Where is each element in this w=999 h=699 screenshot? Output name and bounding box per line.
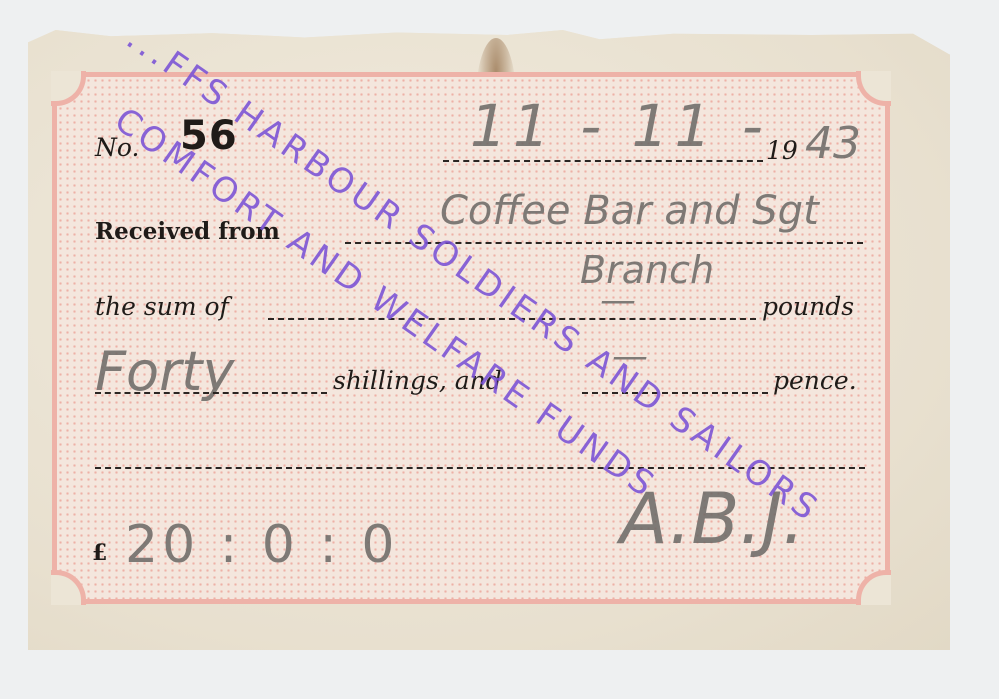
frame-corner bbox=[856, 570, 891, 605]
year-prefix: 19 bbox=[766, 136, 798, 165]
frame-corner bbox=[856, 71, 891, 106]
sum-of-label: the sum of bbox=[95, 292, 229, 321]
currency-symbol: £ bbox=[92, 540, 107, 566]
shillings-line bbox=[95, 392, 327, 394]
frame-corner bbox=[51, 71, 86, 106]
frame-corner bbox=[51, 570, 86, 605]
pounds-handwritten: — bbox=[600, 280, 636, 321]
amount-handwritten: 20 : 0 : 0 bbox=[125, 515, 399, 575]
date-handwritten: 11 - 11 - bbox=[470, 92, 769, 160]
date-line bbox=[443, 160, 763, 162]
year-handwritten: 43 bbox=[805, 118, 861, 169]
pence-label: pence. bbox=[773, 366, 857, 395]
received-from-handwritten: Coffee Bar and Sgt bbox=[440, 188, 819, 234]
pounds-label: pounds bbox=[762, 292, 854, 321]
